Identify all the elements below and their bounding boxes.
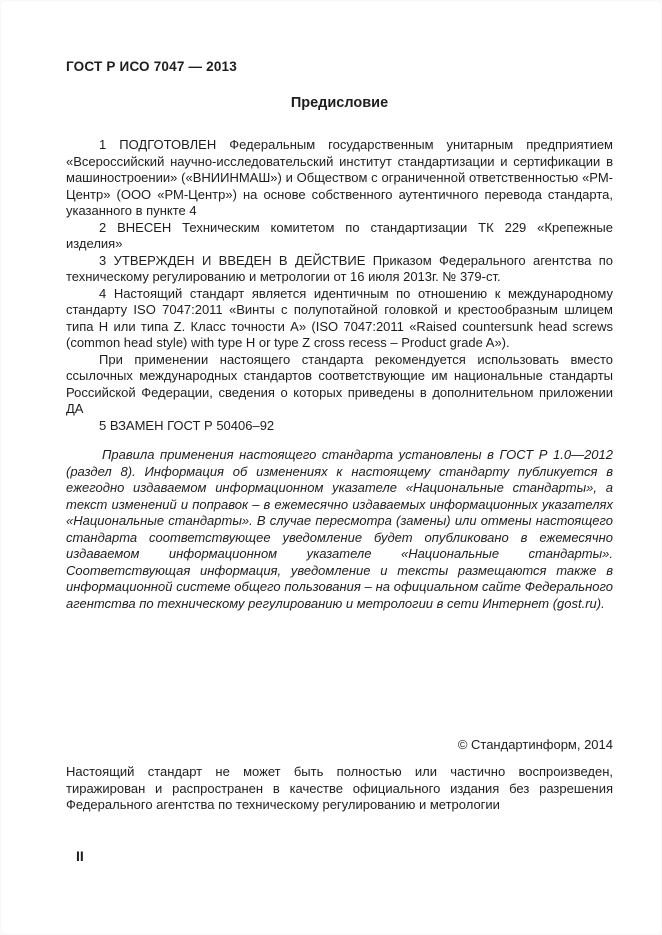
document-designation: ГОСТ Р ИСО 7047 — 2013 — [66, 59, 613, 74]
page-number: II — [76, 848, 84, 864]
copyright-notice: © Стандартинформ, 2014 — [66, 737, 613, 754]
document-page: ГОСТ Р ИСО 7047 — 2013 Предисловие 1 ПОД… — [0, 0, 662, 935]
foreword-item-2: 2 ВНЕСЕН Техническим комитетом по станда… — [66, 220, 613, 253]
foreword-section: 1 ПОДГОТОВЛЕН Федеральным государственны… — [66, 137, 613, 434]
foreword-item-3: 3 УТВЕРЖДЕН И ВВЕДЕН В ДЕЙСТВИЕ Приказом… — [66, 253, 613, 286]
foreword-item-1: 1 ПОДГОТОВЛЕН Федеральным государственны… — [66, 137, 613, 220]
reproduction-restriction-block: Настоящий стандарт не может быть полност… — [66, 764, 613, 814]
foreword-item-4: 4 Настоящий стандарт является идентичным… — [66, 286, 613, 352]
copyright-block: © Стандартинформ, 2014 — [66, 737, 613, 754]
application-rules-note-text: Правила применения настоящего стандарта … — [66, 447, 613, 612]
foreword-item-4-application-note: При применении настоящего стандарта реко… — [66, 352, 613, 418]
foreword-item-5: 5 ВЗАМЕН ГОСТ Р 50406–92 — [66, 418, 613, 435]
reproduction-restriction-text: Настоящий стандарт не может быть полност… — [66, 764, 613, 814]
page-title: Предисловие — [66, 95, 613, 111]
application-rules-note: Правила применения настоящего стандарта … — [66, 447, 613, 612]
